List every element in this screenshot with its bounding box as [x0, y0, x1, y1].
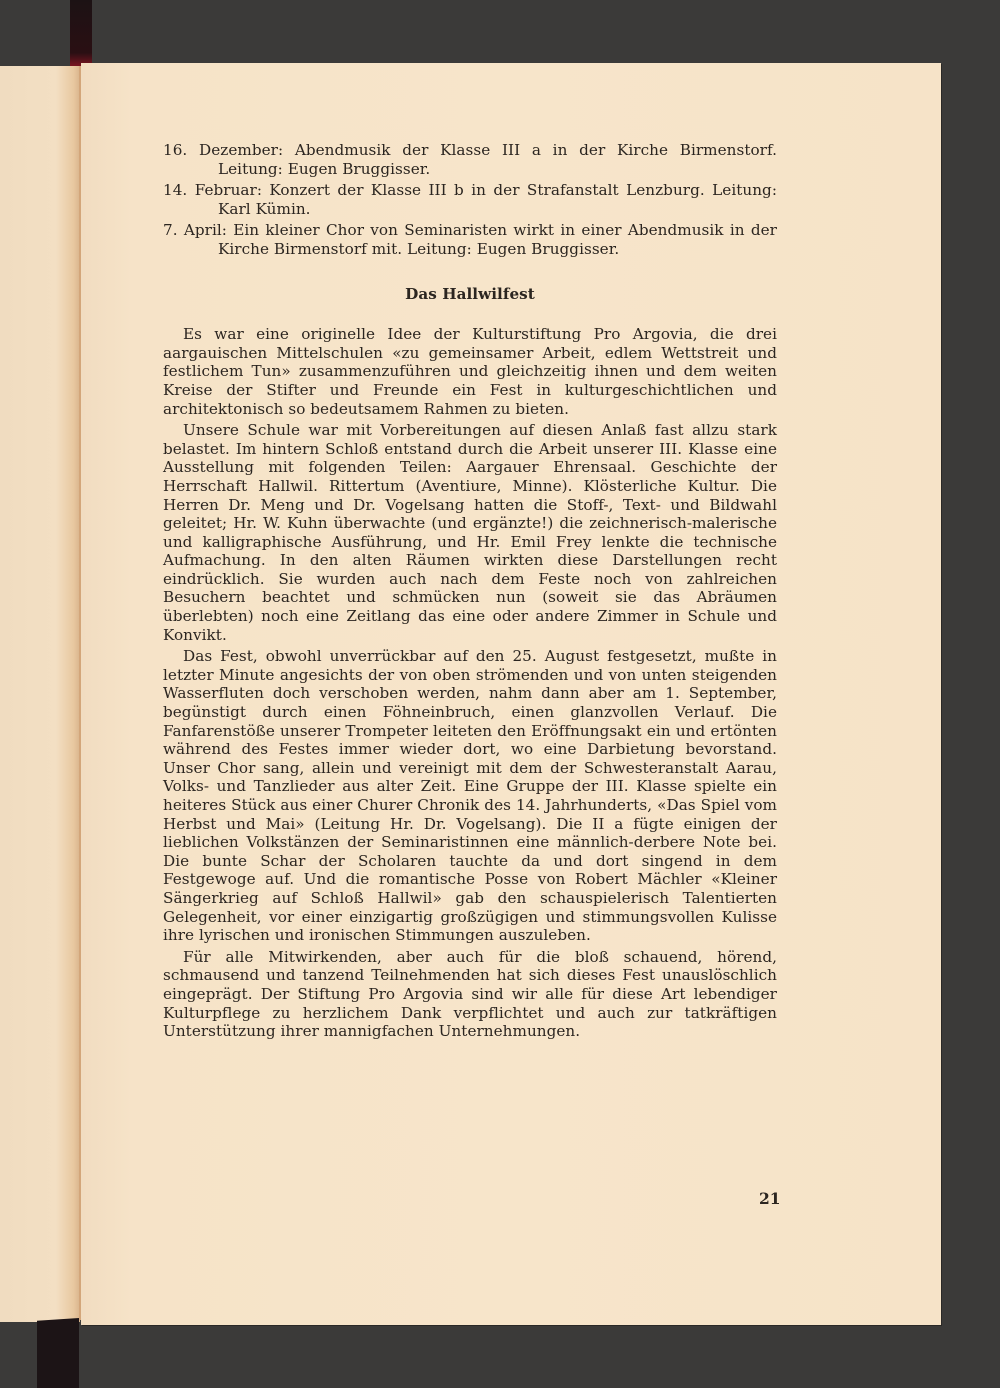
event-entry-dezember: 16. Dezember: Abendmusik der Klasse III …: [163, 141, 777, 178]
event-entry-april: 7. April: Ein kleiner Chor von Seminaris…: [163, 221, 777, 258]
book-page: 16. Dezember: Abendmusik der Klasse III …: [81, 63, 941, 1325]
paragraph: Unsere Schule war mit Vorbereitungen auf…: [163, 421, 777, 644]
event-entry-februar: 14. Februar: Konzert der Klasse III b in…: [163, 181, 777, 218]
left-page-edge: [0, 66, 80, 1322]
book-spine-bottom: [37, 1318, 79, 1388]
paragraph: Für alle Mitwirkenden, aber auch für die…: [163, 948, 777, 1041]
page-number: 21: [759, 1189, 781, 1208]
paragraph: Das Fest, obwohl unverrückbar auf den 25…: [163, 647, 777, 945]
section-title: Das Hallwilfest: [163, 285, 777, 304]
paragraph: Es war eine originelle Idee der Kulturst…: [163, 325, 777, 418]
book-spine-top: [70, 0, 92, 66]
text-column: 16. Dezember: Abendmusik der Klasse III …: [163, 141, 777, 1044]
